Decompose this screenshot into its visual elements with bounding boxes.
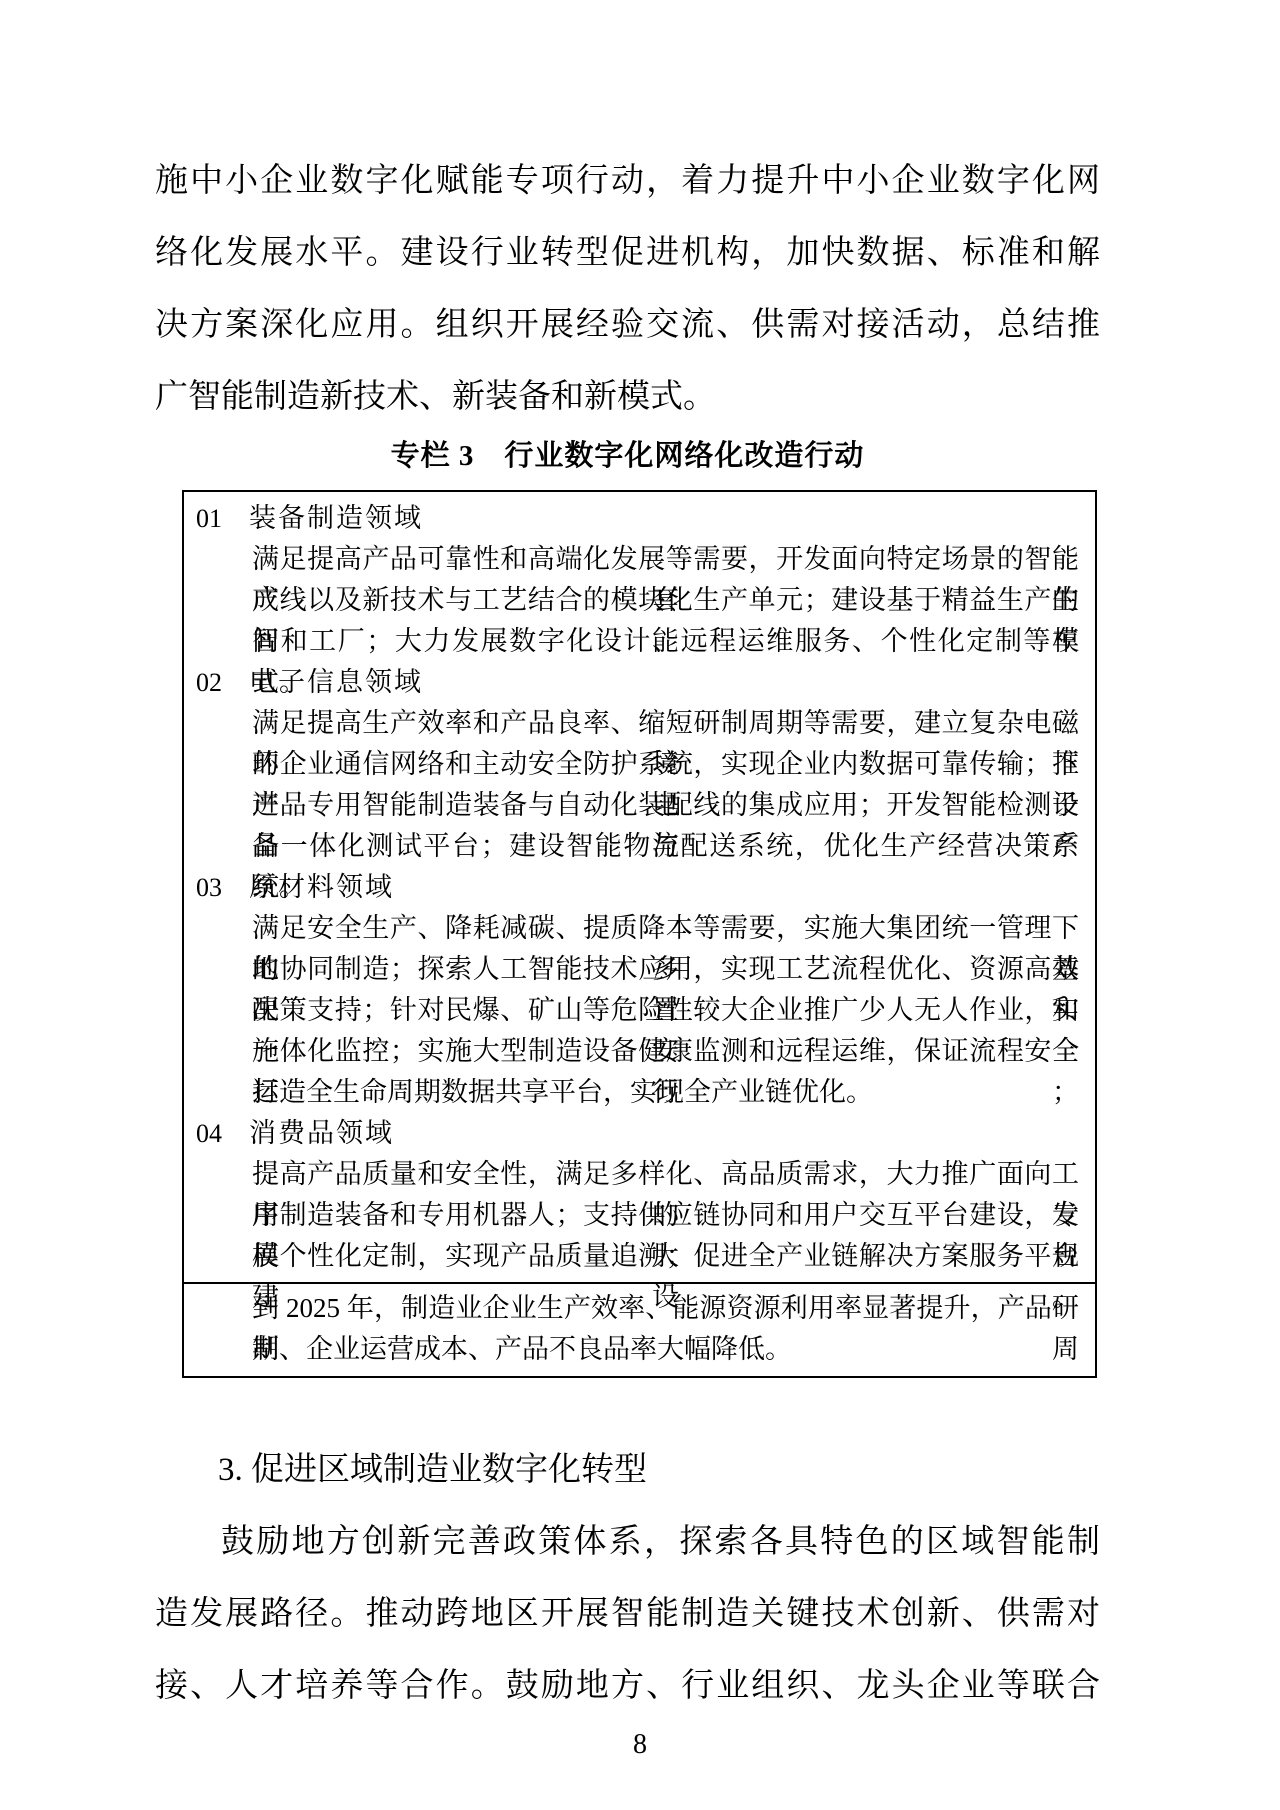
paragraph-line: 广智能制造新技术、新装备和新模式。: [155, 361, 1100, 433]
box-title: 专栏 3 行业数字化网络化改造行动: [155, 439, 1100, 473]
item-title: 消费品领域: [249, 1113, 394, 1154]
paragraph-line: 决方案深化应用。组织开展经验交流、供需对接活动，总结推: [155, 289, 1100, 361]
item-line: 间和工厂；大力发展数字化设计、远程运维服务、个性化定制等模式。: [184, 621, 1095, 662]
item-line: 产品专用智能制造装备与自动化装配线的集成应用；开发智能检测设备与产: [184, 785, 1095, 826]
item-line: 一体化监控；实施大型制造设备健康监测和远程运维，保证流程安全运行；: [184, 1031, 1095, 1072]
body-paragraph: 鼓励地方创新完善政策体系，探索各具特色的区域智能制 造发展路径。推动跨地区开展智…: [155, 1506, 1100, 1722]
intro-paragraph: 施中小企业数字化赋能专项行动，着力提升中小企业数字化网 络化发展水平。建设行业转…: [155, 145, 1100, 433]
item-line: 的企业通信网络和主动安全防护系统，实现企业内数据可靠传输；推进电子: [184, 744, 1095, 785]
paragraph-line: 施中小企业数字化赋能专项行动，着力提升中小企业数字化网: [155, 145, 1100, 217]
section-heading: 3. 促进区域制造业数字化转型: [155, 1434, 1100, 1506]
item-title: 装备制造领域: [249, 498, 423, 539]
item-title: 原材料领域: [249, 867, 394, 908]
box-item-02: 02 电子信息领域 满足提高生产效率和产品良率、缩短研制周期等需要，建立复杂电磁…: [184, 662, 1095, 867]
item-title: 电子信息领域: [249, 662, 423, 703]
footer-line: 到 2025 年，制造业企业生产效率、能源资源利用率显著提升，产品研制周: [184, 1288, 1095, 1329]
item-header: 01 装备制造领域: [184, 498, 1095, 539]
spec-box: 01 装备制造领域 满足提高产品可靠性和高端化发展等需要，开发面向特定场景的智能…: [182, 490, 1097, 1378]
item-line: 满足安全生产、降耗减碳、提质降本等需要，实施大集团统一管理下的多基: [184, 908, 1095, 949]
paragraph-line: 接、人才培养等合作。鼓励地方、行业组织、龙头企业等联合: [155, 1650, 1100, 1722]
item-header: 03 原材料领域: [184, 867, 1095, 908]
item-line: 产线以及新技术与工艺结合的模块化生产单元；建设基于精益生产的智能车: [184, 580, 1095, 621]
item-line: 提高产品质量和安全性，满足多样化、高品质需求，大力推广面向工序的专: [184, 1154, 1095, 1195]
item-number: 01: [196, 498, 249, 539]
item-line: 满足提高生产效率和产品良率、缩短研制周期等需要，建立复杂电磁环境下: [184, 703, 1095, 744]
box-item-03: 03 原材料领域 满足安全生产、降耗减碳、提质降本等需要，实施大集团统一管理下的…: [184, 867, 1095, 1113]
document-page: 施中小企业数字化赋能专项行动，着力提升中小企业数字化网 络化发展水平。建设行业转…: [0, 0, 1280, 1810]
paragraph-line: 造发展路径。推动跨地区开展智能制造关键技术创新、供需对: [155, 1578, 1100, 1650]
box-item-01: 01 装备制造领域 满足提高产品可靠性和高端化发展等需要，开发面向特定场景的智能…: [184, 498, 1095, 662]
box-footer: 到 2025 年，制造业企业生产效率、能源资源利用率显著提升，产品研制周 期、企…: [184, 1282, 1095, 1376]
item-number: 04: [196, 1113, 249, 1154]
item-header: 02 电子信息领域: [184, 662, 1095, 703]
item-line: 品一体化测试平台；建设智能物流配送系统，优化生产经营决策系统。: [184, 826, 1095, 867]
item-number: 02: [196, 662, 249, 703]
item-line: 用制造装备和专用机器人；支持供应链协同和用户交互平台建设，发展大规: [184, 1195, 1095, 1236]
paragraph-line: 络化发展水平。建设行业转型促进机构，加快数据、标准和解: [155, 217, 1100, 289]
page-content: 施中小企业数字化赋能专项行动，着力提升中小企业数字化网 络化发展水平。建设行业转…: [155, 145, 1100, 1722]
page-number: 8: [0, 1714, 1280, 1776]
item-line: 地协同制造；探索人工智能技术应用，实现工艺流程优化、资源高效配置和: [184, 949, 1095, 990]
box-item-04: 04 消费品领域 提高产品质量和安全性，满足多样化、高品质需求，大力推广面向工序…: [184, 1113, 1095, 1277]
item-line: 满足提高产品可靠性和高端化发展等需要，开发面向特定场景的智能成套生: [184, 539, 1095, 580]
item-line: 模个性化定制，实现产品质量追溯；促进全产业链解决方案服务平台建设。: [184, 1236, 1095, 1277]
item-line: 决策支持；针对民爆、矿山等危险性较大企业推广少人无人作业，实施安全: [184, 990, 1095, 1031]
item-number: 03: [196, 867, 249, 908]
paragraph-line: 鼓励地方创新完善政策体系，探索各具特色的区域智能制: [155, 1506, 1100, 1578]
item-header: 04 消费品领域: [184, 1113, 1095, 1154]
